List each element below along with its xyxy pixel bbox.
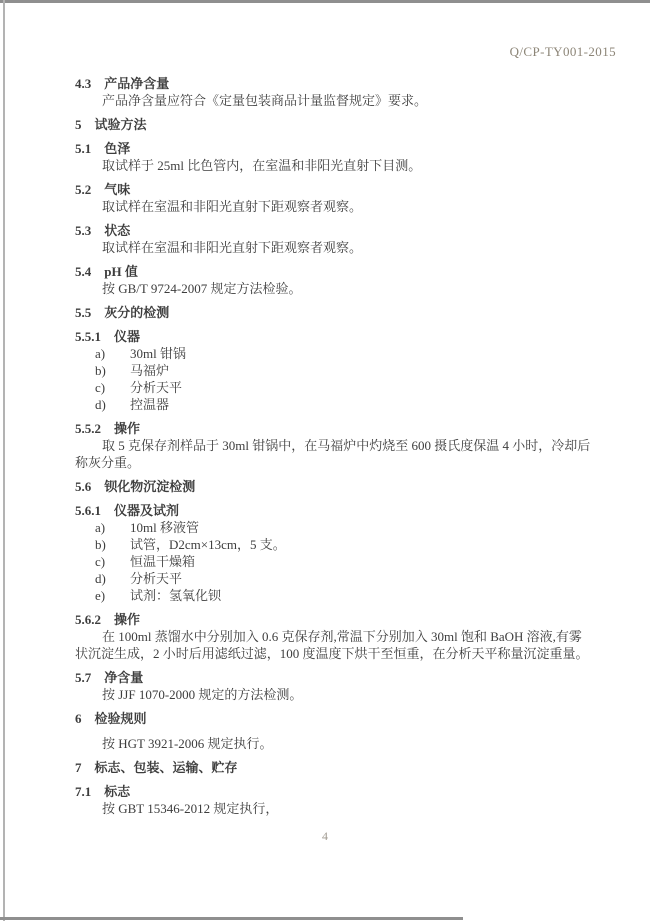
list-item: b)试管，D2cm×13cm，5 支。: [75, 536, 592, 553]
section-title: 色泽: [104, 141, 130, 156]
section-number: 5.1: [75, 140, 91, 157]
list-item: e)试剂：氢氧化钡: [75, 587, 592, 604]
list-text: 试管，D2cm×13cm，5 支。: [130, 537, 286, 552]
section-number: 5: [75, 116, 82, 133]
list-text: 分析天平: [130, 571, 182, 586]
paragraph: 按 JJF 1070-2000 规定的方法检测。: [75, 686, 592, 703]
page-number: 4: [0, 829, 650, 844]
section-number: 7: [75, 759, 82, 776]
section-title: 仪器及试剂: [114, 503, 179, 518]
section-number: 4.3: [75, 75, 91, 92]
list-marker: c): [95, 553, 130, 570]
section-number: 6: [75, 710, 82, 727]
section-number: 5.7: [75, 669, 91, 686]
list-text: 10ml 移液管: [130, 520, 199, 535]
section-heading: 5.5.2操作: [75, 420, 592, 437]
scanned-document-page: { "colors": { "header_code": "#8c8577", …: [0, 0, 650, 921]
paragraph: 取试样在室温和非阳光直射下距观察者观察。: [75, 198, 592, 215]
list-item: a)10ml 移液管: [75, 519, 592, 536]
list-item: d)控温器: [75, 396, 592, 413]
document-code: Q/CP-TY001-2015: [510, 44, 616, 60]
section-heading: 5.5.1仪器: [75, 328, 592, 345]
section-heading: 5.1色泽: [75, 140, 592, 157]
section-title: 操作: [114, 421, 140, 436]
section-heading: 7.1标志: [75, 783, 592, 800]
list-text: 恒温干燥箱: [130, 554, 195, 569]
section-title: 灰分的检测: [104, 305, 169, 320]
paragraph: 按 GBT 15346-2012 规定执行，: [75, 800, 592, 817]
section-title: 状态: [104, 223, 130, 238]
list-marker: c): [95, 379, 130, 396]
list-item: c)分析天平: [75, 379, 592, 396]
scan-border-top: [0, 0, 650, 3]
section-heading: 7标志、包装、运输、贮存: [75, 759, 592, 776]
list-marker: d): [95, 396, 130, 413]
section-title: pH 值: [104, 264, 138, 279]
list-marker: d): [95, 570, 130, 587]
list-marker: a): [95, 519, 130, 536]
section-heading: 5.3状态: [75, 222, 592, 239]
section-number: 5.6.2: [75, 611, 101, 628]
section-title: 标志、包装、运输、贮存: [95, 760, 238, 775]
section-number: 5.2: [75, 181, 91, 198]
section-heading: 5.7净含量: [75, 669, 592, 686]
list-item: c)恒温干燥箱: [75, 553, 592, 570]
list-marker: b): [95, 362, 130, 379]
section-number: 5.5.2: [75, 420, 101, 437]
section-number: 5.5.1: [75, 328, 101, 345]
list-marker: a): [95, 345, 130, 362]
paragraph: 产品净含量应符合《定量包装商品计量监督规定》要求。: [75, 92, 592, 109]
section-title: 净含量: [104, 670, 143, 685]
paragraph: 按 HGT 3921-2006 规定执行。: [75, 735, 592, 752]
list-marker: b): [95, 536, 130, 553]
section-number: 5.3: [75, 222, 91, 239]
scan-border-left: [3, 0, 5, 921]
scan-border-bottom: [0, 917, 463, 920]
section-title: 试验方法: [95, 117, 147, 132]
paragraph: 取试样在室温和非阳光直射下距观察者观察。: [75, 239, 592, 256]
paragraph: 按 GB/T 9724-2007 规定方法检验。: [75, 280, 592, 297]
section-number: 7.1: [75, 783, 91, 800]
section-heading: 5.2气味: [75, 181, 592, 198]
list-text: 试剂：氢氧化钡: [130, 588, 221, 603]
paragraph: 在 100ml 蒸馏水中分别加入 0.6 克保存剂,常温下分别加入 30ml 饱…: [75, 628, 592, 662]
list-item: d)分析天平: [75, 570, 592, 587]
section-title: 产品净含量: [104, 76, 169, 91]
document-body: 4.3产品净含量产品净含量应符合《定量包装商品计量监督规定》要求。5试验方法5.…: [75, 68, 592, 817]
section-number: 5.6.1: [75, 502, 101, 519]
section-heading: 5.4pH 值: [75, 263, 592, 280]
list-item: a)30ml 钳锅: [75, 345, 592, 362]
section-number: 5.5: [75, 304, 91, 321]
section-heading: 4.3产品净含量: [75, 75, 592, 92]
section-heading: 5.5灰分的检测: [75, 304, 592, 321]
list-text: 马福炉: [130, 363, 169, 378]
list-text: 30ml 钳锅: [130, 346, 186, 361]
section-number: 5.4: [75, 263, 91, 280]
section-title: 操作: [114, 612, 140, 627]
list-item: b)马福炉: [75, 362, 592, 379]
section-title: 检验规则: [95, 711, 147, 726]
section-title: 钡化物沉淀检测: [104, 479, 195, 494]
section-heading: 6检验规则: [75, 710, 592, 727]
paragraph: 取 5 克保存剂样品于 30ml 钳锅中，在马福炉中灼烧至 600 摄氏度保温 …: [75, 437, 592, 471]
section-heading: 5试验方法: [75, 116, 592, 133]
list-text: 控温器: [130, 397, 169, 412]
paragraph: 取试样于 25ml 比色管内，在室温和非阳光直射下目测。: [75, 157, 592, 174]
list-text: 分析天平: [130, 380, 182, 395]
section-title: 标志: [104, 784, 130, 799]
section-heading: 5.6钡化物沉淀检测: [75, 478, 592, 495]
list-marker: e): [95, 587, 130, 604]
section-heading: 5.6.2操作: [75, 611, 592, 628]
section-title: 仪器: [114, 329, 140, 344]
section-number: 5.6: [75, 478, 91, 495]
section-heading: 5.6.1仪器及试剂: [75, 502, 592, 519]
section-title: 气味: [104, 182, 130, 197]
